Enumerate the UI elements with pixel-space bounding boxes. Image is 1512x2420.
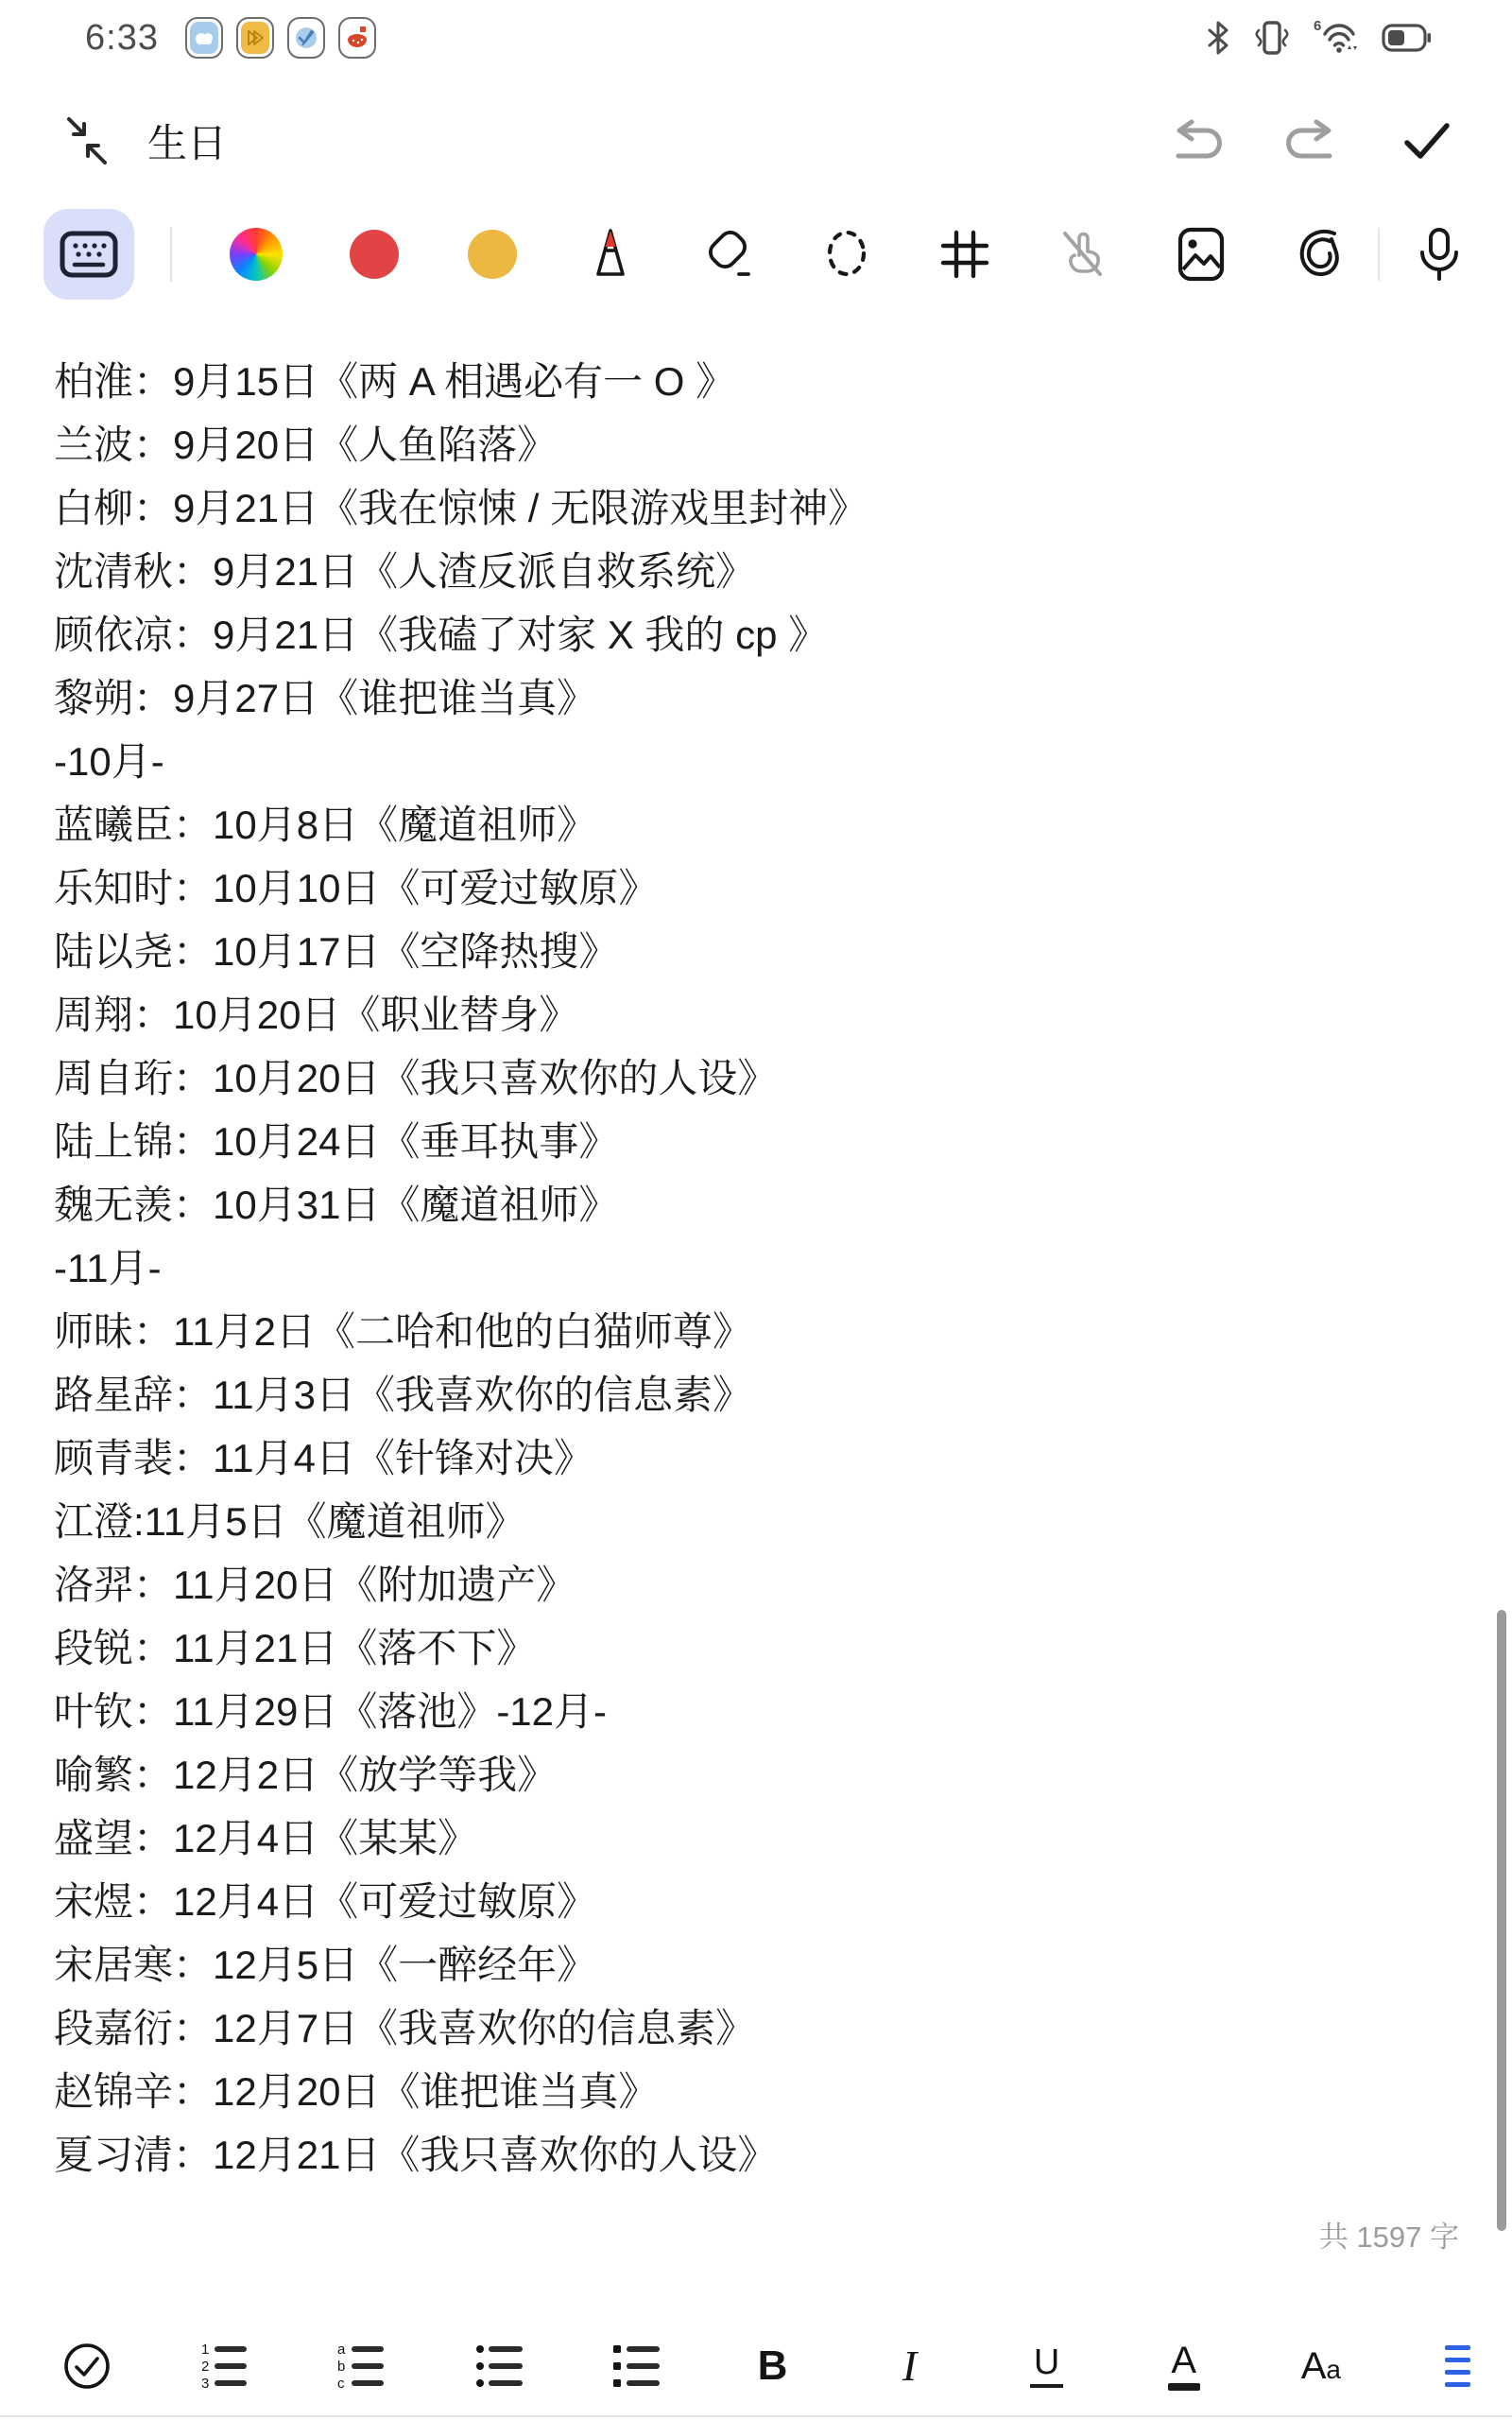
yellow-color-button[interactable] xyxy=(433,227,551,282)
note-line: 宋居寒：12月5日《一醉经年》 xyxy=(54,1933,1455,1996)
keyboard-icon xyxy=(60,231,118,278)
bold-button[interactable]: B xyxy=(739,2333,805,2399)
alignment-icon xyxy=(1445,2345,1470,2387)
note-line: 陆以尧：10月17日《空降热搜》 xyxy=(54,920,1455,983)
note-line: 夏习清：12月21日《我只喜欢你的人设》 xyxy=(54,2123,1455,2187)
note-line: 盛望：12月4日《某某》 xyxy=(54,1806,1455,1870)
lasso-select-icon xyxy=(820,227,873,282)
marker-pen-icon xyxy=(584,228,637,281)
note-line: 段锐：11月21日《落不下》 xyxy=(54,1616,1455,1680)
note-lines: 柏淮：9月15日《两 A 相遇必有一 O 》兰波：9月20日《人鱼陷落》白柳：9… xyxy=(54,350,1455,2187)
note-line: 周翔：10月20日《职业替身》 xyxy=(54,983,1455,1046)
note-line: 师昧：11月2日《二哈和他的白猫师尊》 xyxy=(54,1300,1455,1363)
note-line: 喻繁：12月2日《放学等我》 xyxy=(54,1743,1455,1806)
voice-record-button[interactable] xyxy=(1380,227,1498,282)
yellow-color-icon xyxy=(468,230,517,279)
vibrate-mode-icon xyxy=(1251,19,1293,57)
font-size-icon: A a xyxy=(1301,2347,1341,2385)
insert-image-button[interactable] xyxy=(1142,227,1260,282)
battery-half-icon xyxy=(1382,19,1431,57)
char-count: 共 1597 字 xyxy=(1319,2213,1459,2256)
svg-text:3: 3 xyxy=(201,2376,209,2392)
note-line: 兰波：9月20日《人鱼陷落》 xyxy=(54,413,1455,476)
undo-icon[interactable] xyxy=(1172,116,1221,165)
confirm-check-icon[interactable] xyxy=(1402,116,1452,165)
touch-disabled-icon xyxy=(1056,227,1110,282)
note-line: 路星辞：11月3日《我喜欢你的信息素》 xyxy=(54,1363,1455,1426)
red-color-icon xyxy=(350,230,399,279)
bullet-list-button[interactable] xyxy=(465,2333,531,2399)
underline-icon: U xyxy=(1030,2344,1063,2388)
scrollbar-thumb[interactable] xyxy=(1497,1610,1506,2231)
note-line: 黎朔：9月27日《谁把谁当真》 xyxy=(54,666,1455,730)
redo-icon[interactable] xyxy=(1287,116,1336,165)
note-line: 周自珩：10月20日《我只喜欢你的人设》 xyxy=(54,1046,1455,1110)
note-line: -10月- xyxy=(54,730,1455,793)
alignment-button[interactable] xyxy=(1425,2333,1491,2399)
svg-text:1: 1 xyxy=(201,2342,209,2358)
color-wheel-button[interactable] xyxy=(197,227,315,282)
color-wheel-icon xyxy=(230,228,283,281)
bullet-list-icon xyxy=(471,2341,525,2392)
cloud-app-icon xyxy=(185,17,223,59)
crop-frame-icon xyxy=(938,228,991,281)
note-line: 顾依凉：9月21日《我磕了对家 X 我的 cp 》 xyxy=(54,603,1455,666)
note-editor-area[interactable]: 柏淮：9月15日《两 A 相遇必有一 O 》兰波：9月20日《人鱼陷落》白柳：9… xyxy=(0,295,1512,2325)
svg-text:2: 2 xyxy=(201,2359,209,2375)
todo-check-button[interactable] xyxy=(54,2333,120,2399)
italic-button[interactable]: I xyxy=(877,2333,943,2399)
note-line: 柏淮：9月15日《两 A 相遇必有一 O 》 xyxy=(54,350,1455,413)
page-title: 生日 xyxy=(147,112,227,169)
numbered-list-icon: 1 2 3 xyxy=(197,2341,251,2392)
notification-app-icons xyxy=(185,17,376,59)
lasso-select-button[interactable] xyxy=(787,227,905,282)
globe-app-icon xyxy=(287,17,325,59)
note-line: 宋煜：12月4日《可爱过敏原》 xyxy=(54,1870,1455,1933)
underline-button[interactable]: U xyxy=(1014,2333,1080,2399)
crop-frame-button[interactable] xyxy=(905,227,1023,282)
note-line: 赵锦辛：12月20日《谁把谁当真》 xyxy=(54,2060,1455,2123)
note-line: -11月- xyxy=(54,1236,1455,1300)
svg-text:b: b xyxy=(337,2359,345,2375)
lettered-list-button[interactable]: a b c xyxy=(328,2333,394,2399)
red-color-button[interactable] xyxy=(315,227,433,282)
note-line: 洛羿：11月20日《附加遗产》 xyxy=(54,1553,1455,1616)
note-line: 陆上锦：10月24日《垂耳执事》 xyxy=(54,1110,1455,1173)
status-bar: 6:33 xyxy=(0,0,1512,68)
media-play-app-icon xyxy=(236,17,274,59)
font-size-button[interactable]: A a xyxy=(1288,2333,1354,2399)
svg-text:a: a xyxy=(337,2342,346,2358)
microphone-icon xyxy=(1417,227,1462,282)
editor-toolbar xyxy=(0,189,1512,295)
note-line: 蓝曦臣：10月8日《魔道祖师》 xyxy=(54,793,1455,856)
screen-bottom-divider xyxy=(0,2415,1512,2417)
note-line: 顾青裴：11月4日《针锋对决》 xyxy=(54,1426,1455,1490)
italic-icon: I xyxy=(902,2344,917,2388)
note-line: 魏无羡：10月31日《魔道祖师》 xyxy=(54,1173,1455,1236)
lettered-list-icon: a b c xyxy=(334,2341,388,2392)
numbered-list-button[interactable]: 1 2 3 xyxy=(191,2333,257,2399)
note-line: 沈清秋：9月21日《人渣反派自救系统》 xyxy=(54,540,1455,603)
font-color-icon: A xyxy=(1168,2342,1200,2391)
font-color-button[interactable]: A xyxy=(1151,2333,1217,2399)
collapse-icon[interactable] xyxy=(60,114,113,167)
note-line: 白柳：9月21日《我在惊悚 / 无限游戏里封神》 xyxy=(54,476,1455,540)
wifi-6-icon: 6 xyxy=(1314,18,1361,58)
bold-icon: B xyxy=(758,2345,788,2387)
note-line: 段嘉衍：12月7日《我喜欢你的信息素》 xyxy=(54,1996,1455,2060)
marker-pen-button[interactable] xyxy=(551,227,669,282)
touch-disabled-button[interactable] xyxy=(1023,227,1142,282)
todo-check-icon xyxy=(60,2340,113,2393)
bluetooth-icon xyxy=(1206,20,1230,56)
eraser-button[interactable] xyxy=(669,227,787,282)
svg-text:c: c xyxy=(337,2376,345,2392)
attachment-icon xyxy=(1295,228,1344,281)
svg-text:6: 6 xyxy=(1314,18,1321,34)
keyboard-tool-button[interactable] xyxy=(43,209,134,300)
format-toolbar: 1 2 3 a b c xyxy=(0,2325,1512,2420)
note-line: 叶钦：11月29日《落池》-12月- xyxy=(54,1680,1455,1743)
square-bullet-list-button[interactable] xyxy=(602,2333,668,2399)
note-line: 江澄:11月5日《魔道祖师》 xyxy=(54,1490,1455,1553)
status-time: 6:33 xyxy=(85,18,159,59)
title-bar: 生日 xyxy=(0,68,1512,189)
attachment-button[interactable] xyxy=(1260,227,1378,282)
note-line: 乐知时：10月10日《可爱过敏原》 xyxy=(54,856,1455,920)
square-bullet-list-icon xyxy=(608,2341,662,2392)
food-pot-app-icon xyxy=(338,17,376,59)
toolbar-divider xyxy=(170,227,172,282)
insert-image-icon xyxy=(1177,227,1225,282)
eraser-icon xyxy=(701,227,756,282)
